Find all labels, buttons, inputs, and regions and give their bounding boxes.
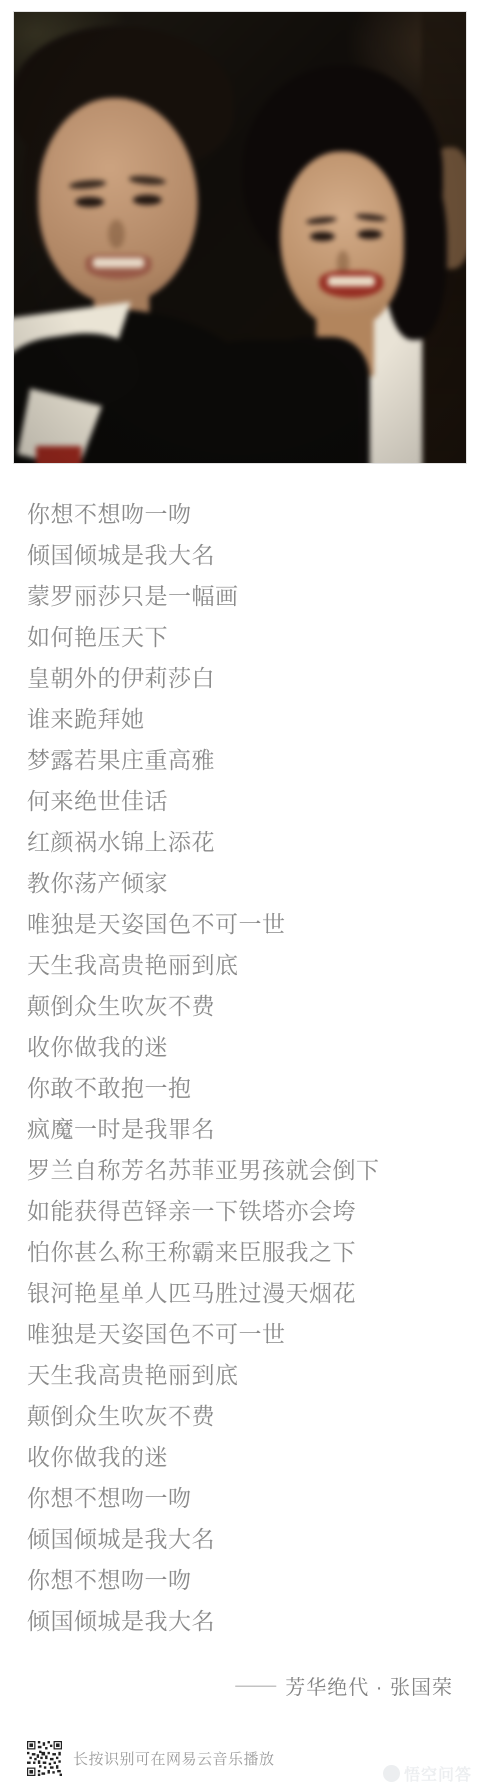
lyric-line: 倾国倾城是我大名 <box>27 1601 457 1642</box>
lyric-line: 如何艳压天下 <box>27 617 457 658</box>
lyric-line: 教你荡产倾家 <box>27 863 457 904</box>
lyric-line: 你想不想吻一吻 <box>27 494 457 535</box>
lyric-line: 收你做我的迷 <box>27 1027 457 1068</box>
lyric-line: 你想不想吻一吻 <box>27 1478 457 1519</box>
lyric-line: 梦露若果庄重高雅 <box>27 740 457 781</box>
lyric-line: 你想不想吻一吻 <box>27 1560 457 1601</box>
lyric-line: 蒙罗丽莎只是一幅画 <box>27 576 457 617</box>
footer: 长按识别可在网易云音乐播放 <box>27 1741 275 1776</box>
lyric-line: 如能获得芭铎亲一下铁塔亦会垮 <box>27 1191 457 1232</box>
lyric-line: 天生我高贵艳丽到底 <box>27 945 457 986</box>
photo-leslie-cheung-anita-mui <box>13 11 467 464</box>
lyric-line: 颠倒众生吹灰不费 <box>27 986 457 1027</box>
lyric-line: 谁来跪拜她 <box>27 699 457 740</box>
lyric-line: 红颜祸水锦上添花 <box>27 822 457 863</box>
watermark-logo-icon <box>383 1765 400 1782</box>
lyric-line: 你敢不敢抱一抱 <box>27 1068 457 1109</box>
lyric-line: 唯独是天姿国色不可一世 <box>27 1314 457 1355</box>
watermark-text: 悟空问答 <box>404 1762 472 1785</box>
lyric-line: 倾国倾城是我大名 <box>27 535 457 576</box>
lyrics-block: 你想不想吻一吻 倾国倾城是我大名 蒙罗丽莎只是一幅画 如何艳压天下 皇朝外的伊莉… <box>27 494 457 1642</box>
lyric-line: 倾国倾城是我大名 <box>27 1519 457 1560</box>
lyric-line: 天生我高贵艳丽到底 <box>27 1355 457 1396</box>
lyric-line: 怕你甚么称王称霸来臣服我之下 <box>27 1232 457 1273</box>
netease-play-hint: 长按识别可在网易云音乐播放 <box>73 1748 275 1769</box>
lyric-line: 唯独是天姿国色不可一世 <box>27 904 457 945</box>
photo-vignette <box>14 12 466 463</box>
lyric-line: 收你做我的迷 <box>27 1437 457 1478</box>
attribution-text: 芳华绝代 · 张国荣 <box>285 1671 453 1700</box>
attribution-dash: —— <box>235 1674 273 1696</box>
lyric-line: 疯魔一时是我罪名 <box>27 1109 457 1150</box>
qr-code[interactable] <box>27 1741 62 1776</box>
lyric-line: 皇朝外的伊莉莎白 <box>27 658 457 699</box>
lyric-line: 银河艳星单人匹马胜过漫天烟花 <box>27 1273 457 1314</box>
song-attribution: —— 芳华绝代 · 张国荣 <box>235 1670 453 1700</box>
lyric-line: 何来绝世佳话 <box>27 781 457 822</box>
watermark: 悟空问答 <box>383 1762 472 1785</box>
lyric-line: 颠倒众生吹灰不费 <box>27 1396 457 1437</box>
lyric-line: 罗兰自称芳名苏菲亚男孩就会倒下 <box>27 1150 457 1191</box>
